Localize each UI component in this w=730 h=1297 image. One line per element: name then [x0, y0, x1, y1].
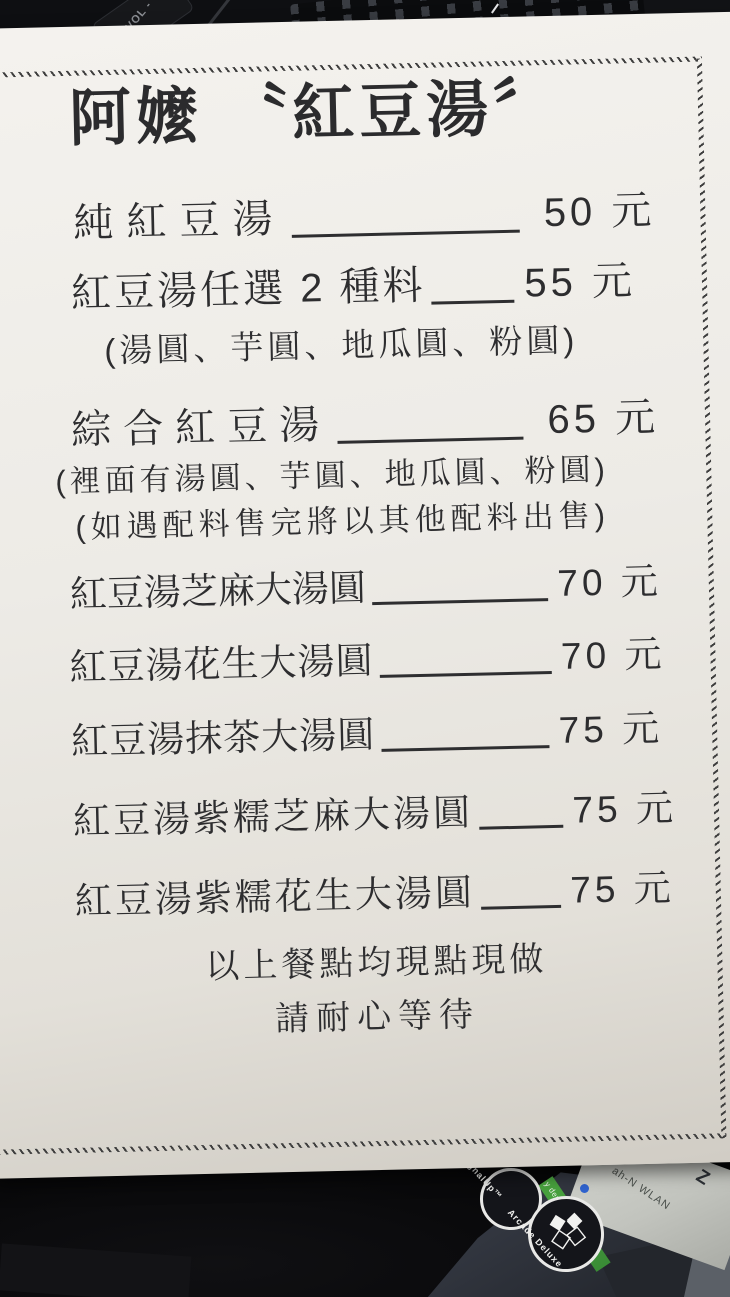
menu-item-price: 50 元 — [543, 179, 656, 239]
menu-title: 阿嬤 〝紅豆湯〞 — [68, 58, 561, 158]
price-underline — [481, 905, 561, 910]
price-underline — [479, 825, 563, 830]
price-underline — [292, 230, 520, 238]
menu-item-name: 紅豆湯紫糯花生大湯圓 — [74, 862, 475, 925]
menu-item-name: 紅豆湯花生大湯圓 — [69, 630, 374, 691]
menu-item-price: 75 元 — [570, 857, 676, 913]
menu-item-row: 紅豆湯抹茶大湯圓 75 元 — [71, 698, 664, 765]
menu-item-price: 75 元 — [558, 698, 664, 754]
menu-item-price: 70 元 — [557, 551, 663, 607]
menu-note: (湯圓、芋圓、地瓜圓、粉圓) — [104, 314, 579, 372]
menu-item-name: 紅豆湯抹茶大湯圓 — [71, 704, 376, 765]
menu-item-row: 紅豆湯芝麻大湯圓 70 元 — [69, 551, 662, 618]
blue-led-dot — [580, 1184, 589, 1193]
menu-item-price: 70 元 — [560, 623, 666, 679]
menu-item-name: 紅豆湯紫糯芝麻大湯圓 — [72, 782, 473, 845]
menu-item-row: 紅豆湯花生大湯圓 70 元 — [69, 623, 666, 691]
menu-item-price: 65 元 — [547, 386, 660, 446]
partial-z-label: Z — [692, 1166, 714, 1191]
menu-item-row: 紅豆湯紫糯花生大湯圓 75 元 — [74, 857, 675, 925]
price-underline — [372, 598, 548, 605]
menu-item-row: 純紅豆湯 50 元 — [73, 179, 656, 249]
menu-item-name: 紅豆湯任選 2 種料 — [70, 254, 426, 319]
menu-item-row: 紅豆湯任選 2 種料 55 元 — [70, 249, 636, 319]
menu-item-name: 綜合紅豆湯 — [70, 393, 331, 456]
price-underline — [381, 745, 549, 752]
menu-item-name: 純紅豆湯 — [73, 187, 286, 249]
price-underline — [337, 437, 523, 444]
price-underline — [432, 300, 515, 305]
menu-item-price: 75 元 — [572, 777, 678, 833]
menu-item-price: 55 元 — [524, 249, 637, 309]
price-underline — [380, 671, 552, 678]
wlan-label: ah-N WLAN — [610, 1165, 673, 1213]
menu-item-row: 紅豆湯紫糯芝麻大湯圓 75 元 — [72, 777, 677, 845]
menu-paper: 阿嬤 〝紅豆湯〞 純紅豆湯 50 元 紅豆湯任選 2 種料 55 元 (湯圓、芋… — [0, 11, 730, 1179]
hatch-border-bottom — [0, 1133, 726, 1155]
menu-item-name: 紅豆湯芝麻大湯圓 — [69, 557, 366, 618]
photo-scene: VOL - F ah-N WLAN Z y depending on model… — [0, 0, 730, 1297]
